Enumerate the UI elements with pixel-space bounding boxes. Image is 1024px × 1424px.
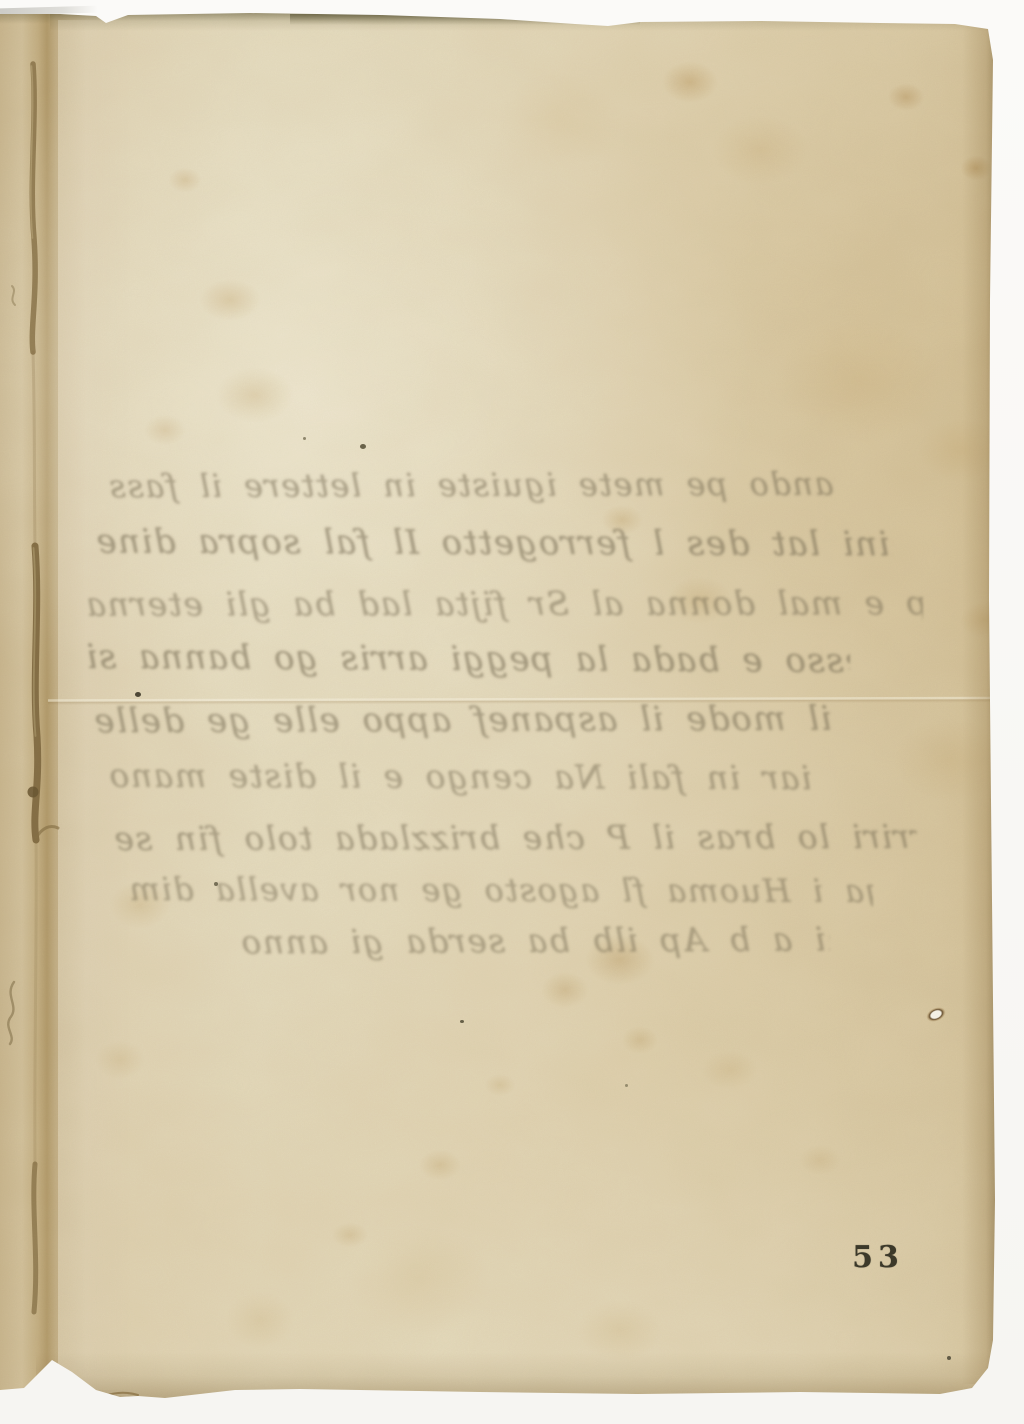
ink-speck xyxy=(214,882,218,886)
ink-speck xyxy=(990,334,993,337)
ink-speck xyxy=(947,1356,951,1360)
ink-speck xyxy=(360,444,366,449)
ink-speck xyxy=(460,1020,464,1023)
ink-speck xyxy=(303,437,306,440)
folio-page-number: 53 xyxy=(846,1240,910,1275)
binding-thread xyxy=(0,0,996,1424)
ink-speck xyxy=(625,1084,628,1087)
page-spread: Il en arriva a sega estando pe mete igui… xyxy=(0,0,996,1424)
ink-speck xyxy=(135,692,141,697)
scan-edge-shadow xyxy=(0,6,98,16)
scanned-book-photo: Il en arriva a sega estando pe mete igui… xyxy=(0,0,1024,1424)
